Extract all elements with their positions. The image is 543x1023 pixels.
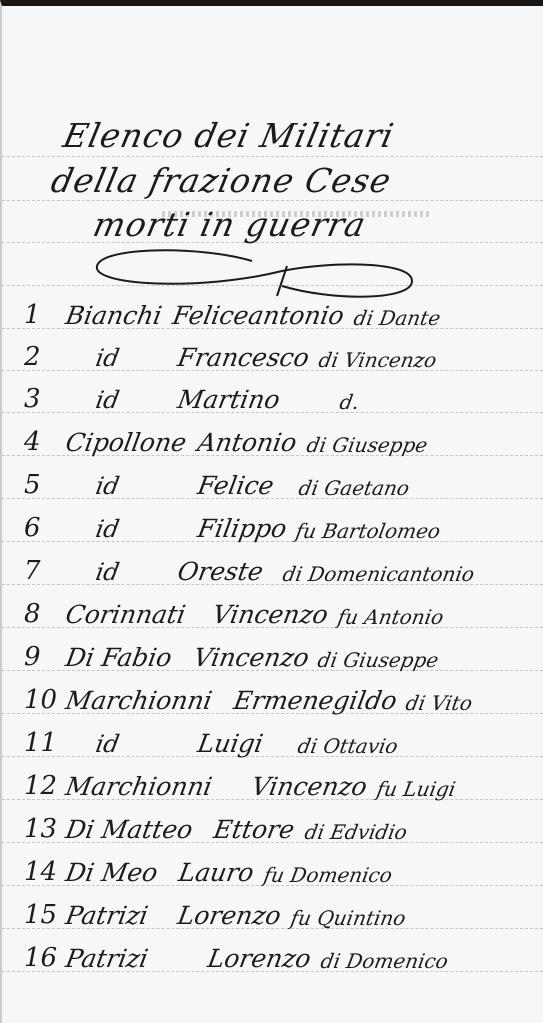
entry-surname: Bianchi [63,301,164,330]
entry-surname: id [64,472,169,500]
entry-parent: di Giuseppe [304,433,429,457]
entry-surname: Di Meo [63,858,160,887]
entry-surname: Patrizi [63,944,150,973]
entry-given-name: Felice [195,471,276,500]
entry-parent: di Domenicantonio [281,562,476,586]
entry-parent: di Giuseppe [316,648,441,672]
entry-number: 2 [24,342,66,372]
entry-surname: id [64,558,169,586]
entry-given-name: Vincenzo [191,643,311,672]
entry-parent: fu Quintino [288,906,407,930]
entry-parent: fu Domenico [262,863,394,887]
entry-parent: di Dante [352,306,443,330]
entry-surname: Marchionni [63,772,214,801]
entry-given-name: Lauro [177,858,257,887]
entry-surname: Marchionni [63,686,214,715]
list-item: 16 Patrizi Lorenzo di Domenico [24,931,533,973]
list-item: 8 Corinnati Vincenzo fu Antonio [24,587,533,629]
title-line-3: morti in guerra [90,205,370,244]
entry-number: 13 [24,814,66,844]
entry-number: 3 [24,384,66,414]
entry-number: 7 [24,556,66,586]
entry-number: 11 [24,728,66,758]
entry-parent: di Domenico [318,949,449,973]
entry-parent: di Gaetano [296,476,410,500]
entry-given-name: Luigi [195,729,265,758]
entry-given-name: Filippo [195,514,289,543]
entry-number: 14 [24,857,66,887]
entry-surname: id [64,386,169,414]
list-item: 1 Bianchi Feliceantonio di Dante [24,288,533,330]
list-item: 4 Cipollone Antonio di Giuseppe [24,415,533,457]
entry-surname: id [64,515,169,543]
list-item: 15 Patrizi Lorenzo fu Quintino [24,888,533,930]
entry-number: 4 [24,427,66,457]
list-item: 14 Di Meo Lauro fu Domenico [24,845,533,887]
entry-number: 6 [24,513,66,543]
list-item: 12 Marchionni Vincenzo fu Luigi [24,759,533,801]
title-line-2: della frazione Cese [48,161,395,200]
entry-number: 1 [24,300,66,330]
entry-parent: fu Bartolomeo [294,519,442,543]
list-item: 5 id Felice di Gaetano [24,458,533,500]
entry-surname: Patrizi [63,901,150,930]
entry-parent: fu Antonio [336,605,446,629]
entry-surname: Di Fabio [63,643,174,672]
entry-parent: d. [338,390,361,414]
entry-parent: di Vincenzo [317,348,439,372]
entry-given-name: Antonio [196,428,300,457]
entry-given-name: Feliceantonio [171,301,347,330]
list-item: 6 id Filippo fu Bartolomeo [24,501,533,543]
entry-number: 15 [24,900,66,930]
list-item: 13 Di Matteo Ettore di Edvidio [24,802,533,844]
entry-parent: di Ottavio [296,734,400,758]
ruled-line [2,200,543,201]
entry-number: 8 [24,599,66,629]
entry-surname: id [64,730,169,758]
entry-given-name: Vincenzo [249,772,369,801]
ruled-line [2,156,543,157]
entry-number: 9 [24,642,66,672]
entry-surname: id [64,344,169,372]
entry-number: 12 [24,771,66,801]
entry-given-name: Vincenzo [211,600,331,629]
list-item: 7 id Oreste di Domenicantonio [24,544,533,586]
entry-given-name: Oreste [175,557,265,586]
entry-given-name: Ettore [212,815,297,844]
entry-given-name: Ermenegildo [231,686,399,715]
handwritten-page: Elenco dei Militari della frazione Cese … [0,0,543,1023]
entry-given-name: Martino [175,385,282,414]
entry-number: 16 [24,943,66,973]
list-item: 10 Marchionni Ermenegildo di Vito [24,673,533,715]
list-item: 3 id Martino d. [24,372,533,414]
entry-parent: fu Luigi [375,777,458,801]
entry-parent: di Edvidio [302,820,408,844]
entry-given-name: Lorenzo [175,901,283,930]
list-item: 2 id Francesco di Vincenzo [24,330,533,372]
title-line-1: Elenco dei Militari [60,116,398,155]
entry-number: 5 [24,470,66,500]
entry-surname: Corinnati [63,600,187,629]
entry-given-name: Francesco [175,343,311,372]
entry-given-name: Lorenzo [205,944,313,973]
list-item: 9 Di Fabio Vincenzo di Giuseppe [24,630,533,672]
entry-surname: Cipollone [63,428,188,457]
entry-parent: di Vito [404,691,474,715]
entry-number: 10 [24,685,66,715]
entry-surname: Di Matteo [63,815,195,844]
list-item: 11 id Luigi di Ottavio [24,716,533,758]
